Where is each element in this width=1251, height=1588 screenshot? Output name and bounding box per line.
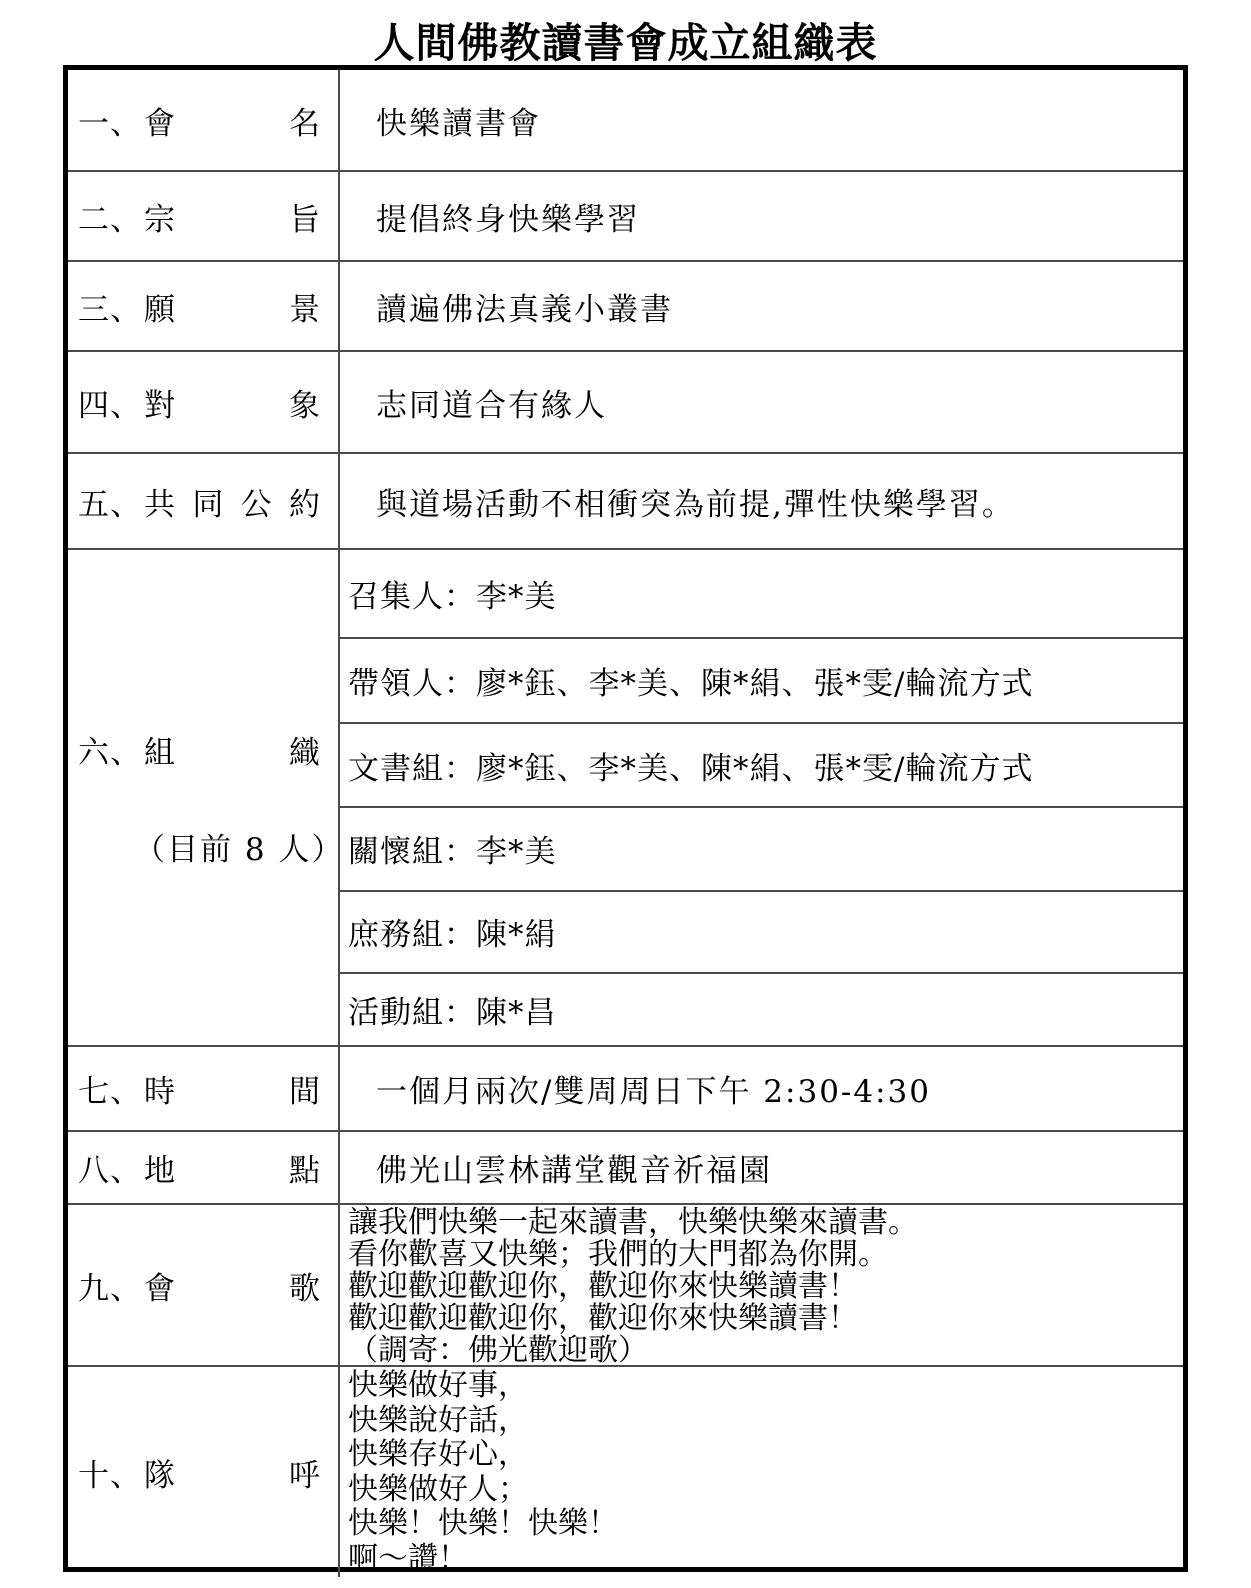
row-number: 七、 (78, 1066, 142, 1111)
table-row-vision: 三、 願景 讀遍佛法真義小叢書 (68, 260, 1183, 350)
table-row-audience: 四、 對象 志同道合有緣人 (68, 350, 1183, 452)
row-label-text: 對象 (144, 380, 320, 425)
organization-table: 一、 會名 快樂讀書會 二、 宗旨 提倡終身快樂學習 三、 願景 讀遍佛法真義小… (63, 65, 1188, 1572)
row-content-text: 一個月兩次/雙周周日下午 2:30-4:30 (376, 1066, 931, 1111)
subrow-convener: 召集人：李*美 (340, 550, 1183, 637)
row-label: 八、 地點 (68, 1132, 340, 1203)
subrow-leaders: 帶領人：廖*鈺、李*美、陳*絹、張*雯/輪流方式 (340, 637, 1183, 723)
row-content: 一個月兩次/雙周周日下午 2:30-4:30 (340, 1047, 1183, 1130)
subrow-care-group: 關懷組：李*美 (340, 806, 1183, 890)
member-count-note: （目前 8 人） (134, 824, 338, 869)
table-row-organization: 六、 組織 （目前 8 人） 召集人：李*美 帶領人：廖*鈺、李*美、陳*絹、張… (68, 548, 1183, 1045)
row-number: 五、 (78, 479, 142, 524)
row-content: 與道場活動不相衝突為前提,彈性快樂學習。 (340, 454, 1183, 548)
row-number: 二、 (78, 194, 142, 239)
row-label-text: 組織 (144, 727, 320, 772)
table-row-time: 七、 時間 一個月兩次/雙周周日下午 2:30-4:30 (68, 1045, 1183, 1130)
table-row-club-song: 九、 會歌 讓我們快樂一起來讀書，快樂快樂來讀書。看你歡喜又快樂；我們的大門都為… (68, 1203, 1183, 1365)
subrow-activity-group: 活動組：陳*昌 (340, 972, 1183, 1045)
text-line: 快樂做好人； (348, 1473, 528, 1508)
row-number: 九、 (78, 1263, 142, 1308)
subrow-general-affairs-group: 庶務組：陳*絹 (340, 890, 1183, 973)
row-label-text: 隊呼 (144, 1450, 320, 1495)
text-line: 歡迎歡迎歡迎你，歡迎你來快樂讀書！ (348, 1303, 858, 1335)
text-line: 讓我們快樂一起來讀書，快樂快樂來讀書。 (348, 1207, 918, 1239)
table-row-location: 八、 地點 佛光山雲林講堂觀音祈福園 (68, 1130, 1183, 1203)
row-label-text: 地點 (144, 1145, 320, 1190)
row-label-text: 宗旨 (144, 194, 320, 239)
row-content-text: 快樂讀書會 (376, 98, 541, 143)
row-content-text: 讀遍佛法真義小叢書 (376, 284, 673, 329)
row-label: 五、 共同公約 (68, 454, 340, 548)
row-number: 八、 (78, 1145, 142, 1190)
row-label: 七、 時間 (68, 1047, 340, 1130)
row-label: 一、 會名 (68, 70, 340, 170)
subrow-secretary-group: 文書組：廖*鈺、李*美、陳*絹、張*雯/輪流方式 (340, 722, 1183, 806)
row-label-text: 會歌 (144, 1263, 320, 1308)
table-row-purpose: 二、 宗旨 提倡終身快樂學習 (68, 170, 1183, 260)
text-line: 快樂說好話， (348, 1404, 528, 1439)
team-cheer-lines: 快樂做好事，快樂說好話，快樂存好心，快樂做好人；快樂！快樂！快樂！啊～讚！ (340, 1367, 1183, 1577)
text-line: 快樂！快樂！快樂！ (348, 1507, 618, 1542)
row-number: 四、 (78, 380, 142, 425)
row-label-text: 時間 (144, 1066, 320, 1111)
row-label-line: 六、 組織 (78, 727, 338, 772)
row-content-text: 與道場活動不相衝突為前提,彈性快樂學習。 (376, 479, 1015, 524)
club-song-lines: 讓我們快樂一起來讀書，快樂快樂來讀書。看你歡喜又快樂；我們的大門都為你開。歡迎歡… (340, 1205, 1183, 1365)
row-label-text: 會名 (144, 98, 320, 143)
row-content-text: 提倡終身快樂學習 (376, 194, 640, 239)
row-label: 四、 對象 (68, 352, 340, 452)
row-number: 六、 (78, 727, 142, 772)
table-row-team-cheer: 十、 隊呼 快樂做好事，快樂說好話，快樂存好心，快樂做好人；快樂！快樂！快樂！啊… (68, 1365, 1183, 1577)
row-content: 志同道合有緣人 (340, 352, 1183, 452)
row-label-text: 共同公約 (144, 479, 320, 524)
row-label: 三、 願景 (68, 262, 340, 350)
page-title: 人間佛教讀書會成立組織表 (0, 10, 1251, 69)
text-line: 快樂存好心， (348, 1438, 528, 1473)
table-row-agreement: 五、 共同公約 與道場活動不相衝突為前提,彈性快樂學習。 (68, 452, 1183, 548)
row-label-text: 願景 (144, 284, 320, 329)
row-label: 六、 組織 （目前 8 人） (68, 550, 340, 1045)
row-content: 讀遍佛法真義小叢書 (340, 262, 1183, 350)
table-row-name: 一、 會名 快樂讀書會 (68, 70, 1183, 170)
row-content-text: 佛光山雲林講堂觀音祈福園 (376, 1145, 772, 1190)
row-number: 三、 (78, 284, 142, 329)
text-line: 看你歡喜又快樂；我們的大門都為你開。 (348, 1239, 888, 1271)
document-page: { "title": "人間佛教讀書會成立組織表", "colors": { "… (0, 0, 1251, 1588)
row-label: 九、 會歌 (68, 1205, 340, 1365)
row-number: 一、 (78, 98, 142, 143)
text-line: 啊～讚！ (348, 1542, 468, 1577)
row-label: 二、 宗旨 (68, 172, 340, 260)
row-content: 佛光山雲林講堂觀音祈福園 (340, 1132, 1183, 1203)
organization-subrows: 召集人：李*美 帶領人：廖*鈺、李*美、陳*絹、張*雯/輪流方式 文書組：廖*鈺… (340, 550, 1183, 1045)
row-content: 提倡終身快樂學習 (340, 172, 1183, 260)
row-label: 十、 隊呼 (68, 1367, 340, 1577)
row-content: 快樂讀書會 (340, 70, 1183, 170)
row-content-text: 志同道合有緣人 (376, 380, 607, 425)
text-line: 歡迎歡迎歡迎你，歡迎你來快樂讀書！ (348, 1271, 858, 1303)
row-number: 十、 (78, 1450, 142, 1495)
text-line: （調寄：佛光歡迎歌） (348, 1335, 648, 1367)
text-line: 快樂做好事， (348, 1369, 528, 1404)
